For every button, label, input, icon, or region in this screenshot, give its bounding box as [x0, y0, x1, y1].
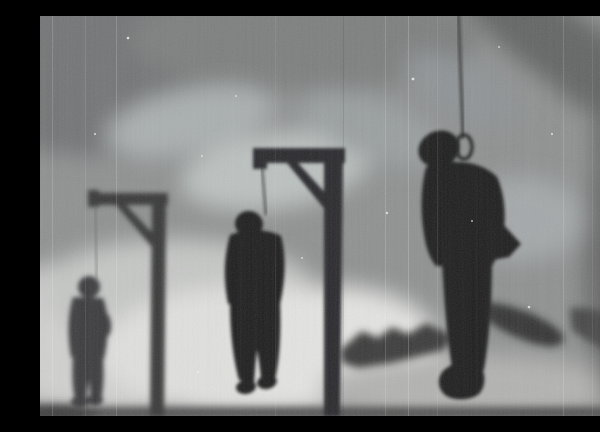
photograph	[40, 16, 600, 416]
photo-canvas	[40, 16, 600, 416]
film-grain-texture	[40, 16, 600, 416]
